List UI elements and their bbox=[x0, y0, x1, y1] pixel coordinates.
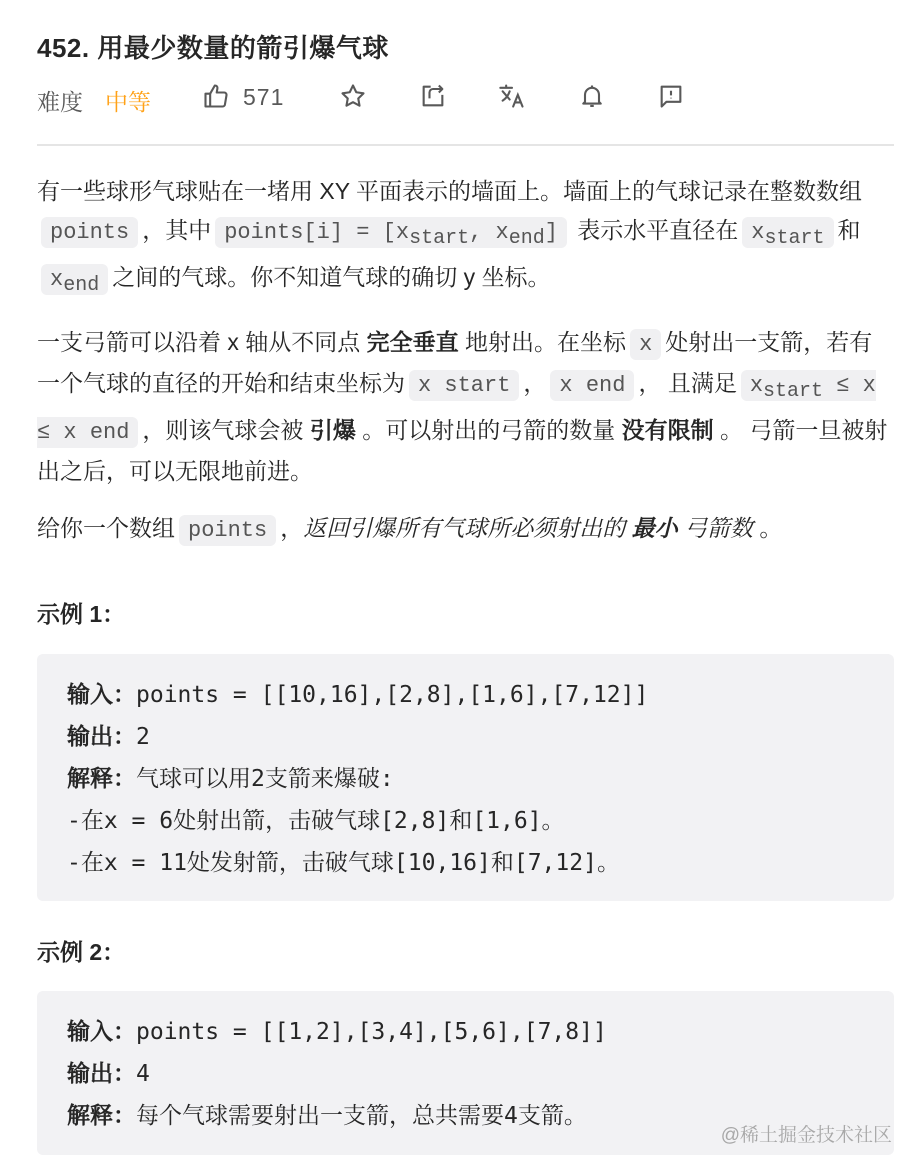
inline-code: points[i] = [xstart, xend] bbox=[215, 217, 567, 248]
inline-code: x start bbox=[409, 370, 519, 401]
share-icon[interactable] bbox=[419, 82, 449, 112]
example-1-title: 示例 1： bbox=[37, 596, 125, 629]
bell-icon[interactable] bbox=[578, 82, 608, 112]
inline-code: x end bbox=[550, 370, 634, 401]
watermark: @稀土掘金技术社区 bbox=[721, 1120, 892, 1147]
inline-code: xend bbox=[41, 264, 108, 295]
inline-code: points bbox=[179, 515, 276, 546]
inline-code: x bbox=[630, 329, 661, 360]
header-divider bbox=[37, 144, 894, 146]
problem-meta-bar: 难度 中等 571 bbox=[37, 82, 894, 116]
difficulty-badge: 中等 bbox=[105, 84, 151, 117]
inline-code: points bbox=[41, 217, 138, 248]
star-icon[interactable] bbox=[339, 82, 369, 112]
example-1-block: 输入：points = [[10,16],[2,8],[1,6],[7,12]]… bbox=[37, 654, 894, 901]
translate-icon[interactable] bbox=[498, 82, 528, 112]
like-count: 571 bbox=[243, 84, 284, 111]
example-2-title: 示例 2： bbox=[37, 934, 125, 967]
feedback-icon[interactable] bbox=[657, 82, 687, 112]
problem-title: 452. 用最少数量的箭引爆气球 bbox=[37, 28, 389, 65]
difficulty-label: 难度 bbox=[37, 84, 83, 117]
thumbs-up-icon[interactable] bbox=[202, 82, 232, 112]
description-paragraph-3: 给你一个数组points，返回引爆所有气球所必须射出的 最小 弓箭数 。 bbox=[37, 509, 894, 550]
inline-code: xstart bbox=[742, 217, 833, 248]
description-paragraph-2: 一支弓箭可以沿着 x 轴从不同点 完全垂直 地射出。在坐标x处射出一支箭，若有一… bbox=[37, 323, 894, 491]
description-paragraph-1: 有一些球形气球贴在一堵用 XY 平面表示的墙面上。墙面上的气球记录在整数数组po… bbox=[37, 172, 894, 305]
problem-description: 有一些球形气球贴在一堵用 XY 平面表示的墙面上。墙面上的气球记录在整数数组po… bbox=[37, 172, 894, 568]
